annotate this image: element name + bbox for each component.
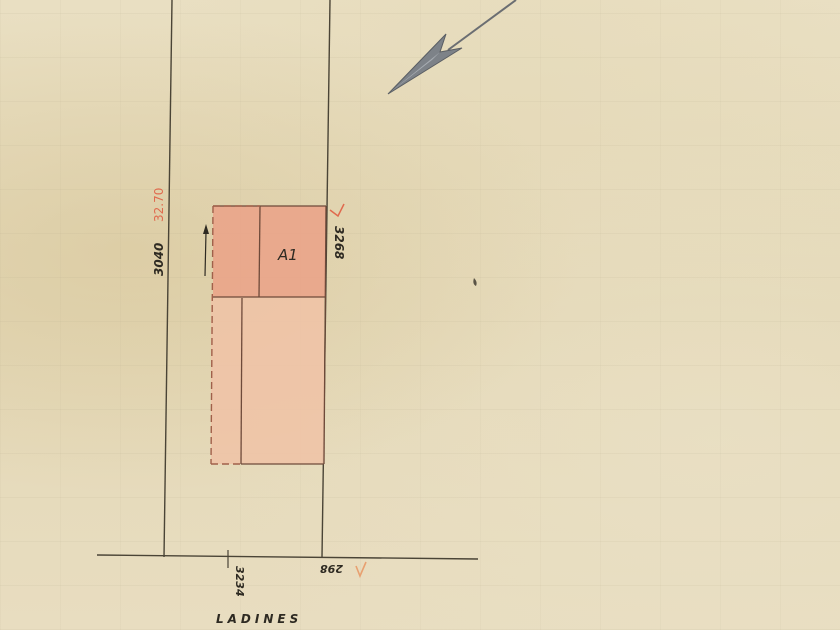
street-name-label: LADINES <box>216 612 302 626</box>
right-boundary-number: 3268 <box>332 226 346 259</box>
check-mark-icon <box>330 204 344 216</box>
left-lot-boundary <box>164 0 172 557</box>
bottom-left-number: 3234 <box>233 566 246 597</box>
street-line <box>97 555 478 559</box>
parcel-a1-label: A1 <box>278 246 298 264</box>
left-boundary-length: 32.70 <box>152 188 166 222</box>
parcel-a1-fill <box>213 206 326 297</box>
north-arrow-icon <box>388 0 516 94</box>
ink-mark <box>473 278 476 286</box>
bottom-right-number: 298 <box>320 562 343 575</box>
parcel-lower-fill <box>211 297 324 464</box>
check-mark-icon <box>356 562 366 576</box>
left-boundary-number: 3040 <box>152 243 166 276</box>
site-plan-drawing <box>0 0 840 630</box>
up-arrow-icon <box>203 224 209 276</box>
